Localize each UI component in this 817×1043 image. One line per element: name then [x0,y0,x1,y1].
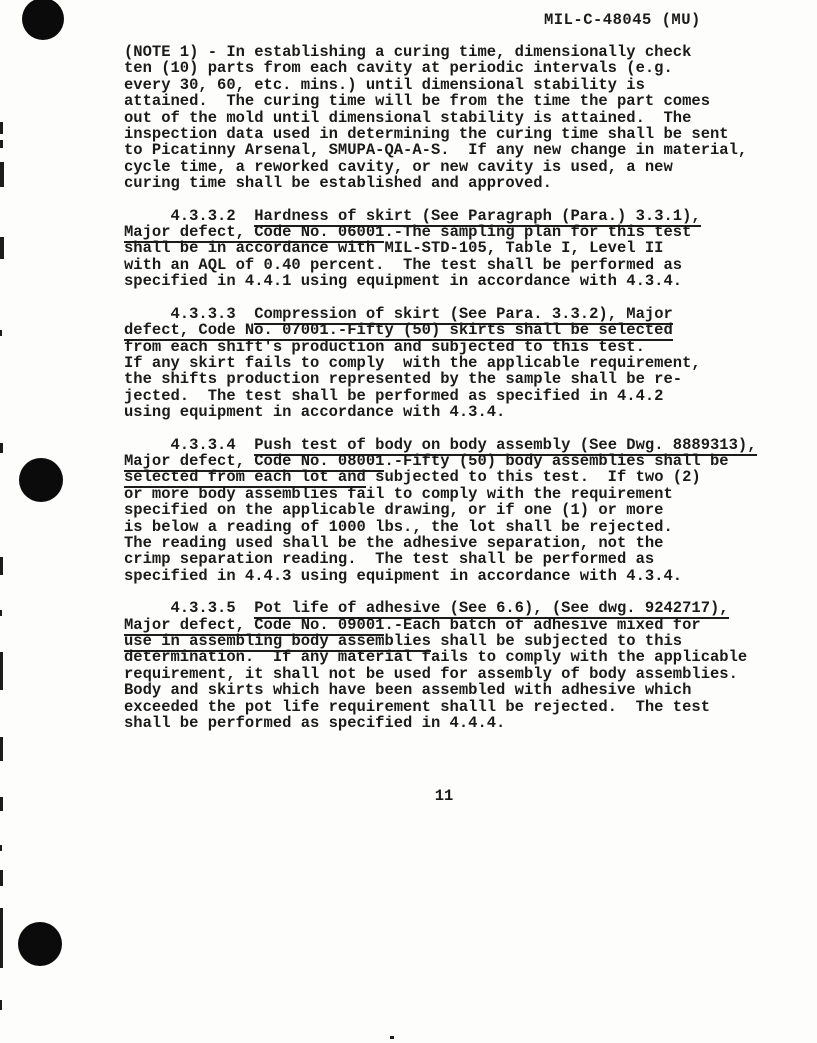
body-text: is below a reading of 1000 lbs., the lot… [124,518,673,536]
text-line: Major defect, Code No. 08001.-Fifty (50)… [124,453,784,469]
body-text: exceeded the pot life requirement shalll… [124,698,710,716]
text-line: Major defect, Code No. 09001.-Each batch… [124,617,784,633]
text-line: to Picatinny Arsenal, SMUPA-QA-A-S. If a… [124,142,784,158]
scan-artifact [0,162,4,187]
body-text: 4.3.3.4 [124,436,254,454]
scan-artifact [0,737,3,761]
body-text: attained. The curing time will be from t… [124,92,710,110]
text-line: cycle time, a reworked cavity, or new ca… [124,159,784,175]
text-line: selected from each lot and subjected to … [124,469,784,485]
text-line: 4.3.3.2 Hardness of skirt (See Paragraph… [124,208,784,224]
text-line: (NOTE 1) - In establishing a curing time… [124,44,784,60]
text-line: is below a reading of 1000 lbs., the lot… [124,519,784,535]
document-number-header: MIL-C-48045 (MU) [544,11,701,29]
body-text: The reading used shall be the adhesive s… [124,534,664,552]
body-text: every 30, 60, etc. mins.) until dimensio… [124,76,645,94]
text-line: 4.3.3.4 Push test of body on body assemb… [124,437,784,453]
text-line: specified in 4.4.3 using equipment in ac… [124,568,784,584]
body-text: the shifts production represented by the… [124,370,682,388]
text-line: specified in 4.4.1 using equipment in ac… [124,273,784,289]
text-line: shall be in accordance with MIL-STD-105,… [124,240,784,256]
body-text: 4.3.3.5 [124,599,254,617]
text-line: Major defect, Code No. 06001.-The sampli… [124,224,784,240]
body-text: to Picatinny Arsenal, SMUPA-QA-A-S. If a… [124,141,747,159]
text-line: with an AQL of 0.40 percent. The test sh… [124,257,784,273]
text-line: curing time shall be established and app… [124,175,784,191]
paragraph-4-3-3-3: 4.3.3.3 Compression of skirt (See Para. … [124,306,784,421]
body-text: inspection data used in determining the … [124,125,729,143]
body-text: 4.3.3.3 [124,305,254,323]
text-line: ten (10) parts from each cavity at perio… [124,60,784,76]
body-text: .-The sampling plan for this test [384,223,691,241]
text-line: jected. The test shall be performed as s… [124,388,784,404]
text-line: 4.3.3.3 Compression of skirt (See Para. … [124,306,784,322]
text-line: If any skirt fails to comply with the ap… [124,355,784,371]
body-text: crimp separation reading. The test shall… [124,550,654,568]
body-text: specified on the applicable drawing, or … [124,501,664,519]
body-text: requirement, it shall not be used for as… [124,665,738,683]
body-text: subjected to this test. If two (2) [366,468,701,486]
hole-punch-bottom [18,922,62,966]
text-line: from each shift's production and subject… [124,339,784,355]
scan-artifact [0,1000,2,1010]
text-line: inspection data used in determining the … [124,126,784,142]
paragraph-4-3-3-2: 4.3.3.2 Hardness of skirt (See Paragraph… [124,208,784,290]
scan-artifact [390,1036,394,1039]
scan-artifact [0,610,2,616]
text-line: 4.3.3.5 Pot life of adhesive (See 6.6), … [124,600,784,616]
scan-artifact [0,845,2,851]
hole-punch-top [22,0,64,40]
body-text: out of the mold until dimensional stabil… [124,109,691,127]
document-body: (NOTE 1) - In establishing a curing time… [124,44,784,805]
body-text: specified in 4.4.1 using equipment in ac… [124,272,682,290]
body-text: .-Each batch of adhesive mixed for [384,616,700,634]
body-text: ten (10) parts from each cavity at perio… [124,59,673,77]
body-text: If any skirt fails to comply with the ap… [124,354,701,372]
text-line: exceeded the pot life requirement shalll… [124,699,784,715]
paragraph-4-3-3-5: 4.3.3.5 Pot life of adhesive (See 6.6), … [124,600,784,731]
scan-artifact [0,797,3,811]
text-line: specified on the applicable drawing, or … [124,502,784,518]
page-number: 11 [124,788,764,804]
body-text: specified in 4.4.3 using equipment in ac… [124,567,682,585]
body-text: Body and skirts which have been assemble… [124,681,691,699]
scan-artifact [0,330,2,336]
text-line: the shifts production represented by the… [124,371,784,387]
body-text: shall be performed as specified in 4.4.4… [124,714,505,732]
text-line: or more body assemblies fail to comply w… [124,486,784,502]
text-line: using equipment in accordance with 4.3.4… [124,404,784,420]
text-line: out of the mold until dimensional stabil… [124,110,784,126]
text-line: use in assembling body assemblies shall … [124,633,784,649]
text-line: attained. The curing time will be from t… [124,93,784,109]
body-text: from each shift's production and subject… [124,338,645,356]
body-text: shall be subjected to this [431,632,682,650]
body-text: 4.3.3.2 [124,207,254,225]
hole-punch-middle [19,458,63,502]
scan-artifact [0,122,3,134]
body-text: curing time shall be established and app… [124,174,552,192]
text-line: The reading used shall be the adhesive s… [124,535,784,551]
body-text: cycle time, a reworked cavity, or new ca… [124,158,673,176]
text-line: every 30, 60, etc. mins.) until dimensio… [124,77,784,93]
text-line: defect, Code No. 07001.-Fifty (50) skirt… [124,322,784,338]
body-text: shall be in accordance with MIL-STD-105,… [124,239,664,257]
scan-artifact [0,870,3,886]
scan-artifact [0,443,3,453]
body-text: (NOTE 1) - In establishing a curing time… [124,43,691,61]
scan-artifact [0,140,3,148]
paragraphs-container: (NOTE 1) - In establishing a curing time… [124,44,784,731]
text-line: shall be performed as specified in 4.4.4… [124,715,784,731]
scan-artifact [0,652,3,690]
body-text: jected. The test shall be performed as s… [124,387,664,405]
text-line: requirement, it shall not be used for as… [124,666,784,682]
scan-artifact [0,557,3,575]
document-page: MIL-C-48045 (MU) (NOTE 1) - In establish… [0,0,817,1043]
text-line: crimp separation reading. The test shall… [124,551,784,567]
scan-artifact [0,237,4,259]
text-line: Body and skirts which have been assemble… [124,682,784,698]
scan-artifact [0,908,3,968]
text-line: determination. If any material fails to … [124,649,784,665]
paragraph-note-1: (NOTE 1) - In establishing a curing time… [124,44,784,192]
body-text: determination. If any material fails to … [124,648,747,666]
body-text: with an AQL of 0.40 percent. The test sh… [124,256,682,274]
body-text: or more body assemblies fail to comply w… [124,485,673,503]
paragraph-4-3-3-4: 4.3.3.4 Push test of body on body assemb… [124,437,784,585]
body-text: using equipment in accordance with 4.3.4… [124,403,505,421]
body-text: .-Fifty (50) body assemblies shall be [384,452,728,470]
